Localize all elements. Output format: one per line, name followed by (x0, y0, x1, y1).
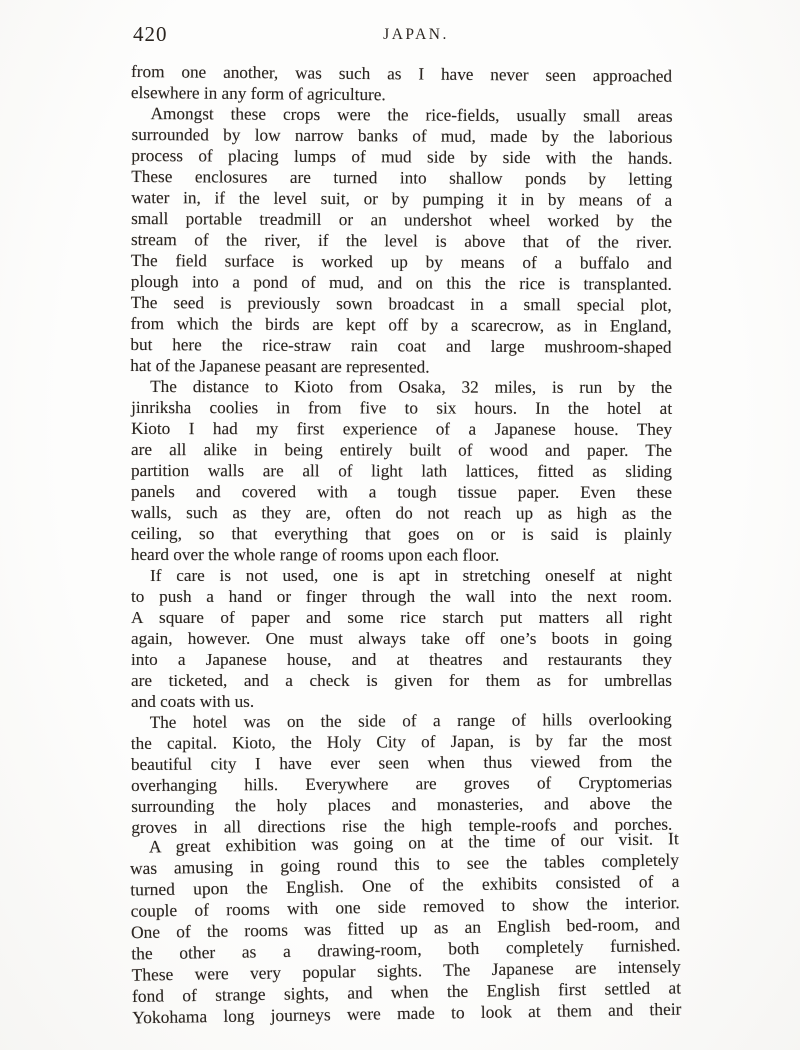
text-line: Amongst these crops were the rice-fields… (132, 103, 673, 127)
text-line: heard over the whole range of rooms upon… (131, 544, 672, 566)
paragraph: The hotel was on the side of a range of … (131, 709, 673, 838)
text-line: are all alike in being entirely built of… (131, 439, 672, 461)
text-line: from which the birds are kept off by a s… (131, 313, 672, 337)
text-line: The seed is previously sown broadcast in… (131, 292, 672, 316)
text-line: surrounded by low narrow banks of mud, m… (131, 124, 672, 148)
text-line: If care is not used, one is apt in stret… (131, 565, 672, 586)
text-line: The field surface is worked up by means … (131, 250, 672, 274)
text-line: Kioto I had my first experience of a Jap… (131, 418, 672, 440)
text-line: ceiling, so that everything that goes on… (131, 523, 672, 545)
text-line: These enclosures are turned into shallow… (131, 166, 672, 190)
text-line: but here the rice-straw rain coat and la… (130, 334, 671, 358)
text-line: jinriksha coolies in from five to six ho… (131, 397, 672, 419)
text-line: panels and covered with a tough tissue p… (131, 481, 672, 503)
text-line: stream of the river, if the level is abo… (131, 229, 672, 253)
text-line: The distance to Kioto from Osaka, 32 mil… (131, 376, 672, 398)
running-title: JAPAN. (131, 26, 701, 44)
text-line: into a Japanese house, and at theatres a… (131, 649, 672, 670)
text-line: again, however. One must always take off… (131, 628, 672, 649)
text-line: are ticketed, and a check is given for t… (131, 670, 672, 691)
paragraph: A great exhibition was going on at the t… (129, 828, 681, 1028)
text-line: water in, if the level suit, or by pumpi… (131, 187, 672, 211)
paragraph: The distance to Kioto from Osaka, 32 mil… (131, 376, 672, 566)
text-line: to push a hand or finger through the wal… (131, 586, 672, 607)
text-line: plough into a pond of mud, and on this t… (131, 271, 672, 295)
text-line: A square of paper and some rice starch p… (131, 607, 672, 628)
text-line: small portable treadmill or an undershot… (131, 208, 672, 232)
book-page: 420 JAPAN. from one another, was such as… (0, 0, 800, 1050)
paragraph: Amongst these crops were the rice-fields… (130, 103, 672, 379)
text-line: walls, such as they are, often do not re… (131, 502, 672, 524)
page-header: 420 JAPAN. (131, 20, 671, 50)
text-line: partition walls are all of light lath la… (131, 460, 672, 482)
paragraph: If care is not used, one is apt in stret… (131, 565, 672, 712)
page-body: from one another, was such as I have nev… (131, 61, 672, 1027)
paragraph: from one another, was such as I have nev… (131, 61, 672, 108)
text-line: process of placing lumps of mud side by … (131, 145, 672, 169)
